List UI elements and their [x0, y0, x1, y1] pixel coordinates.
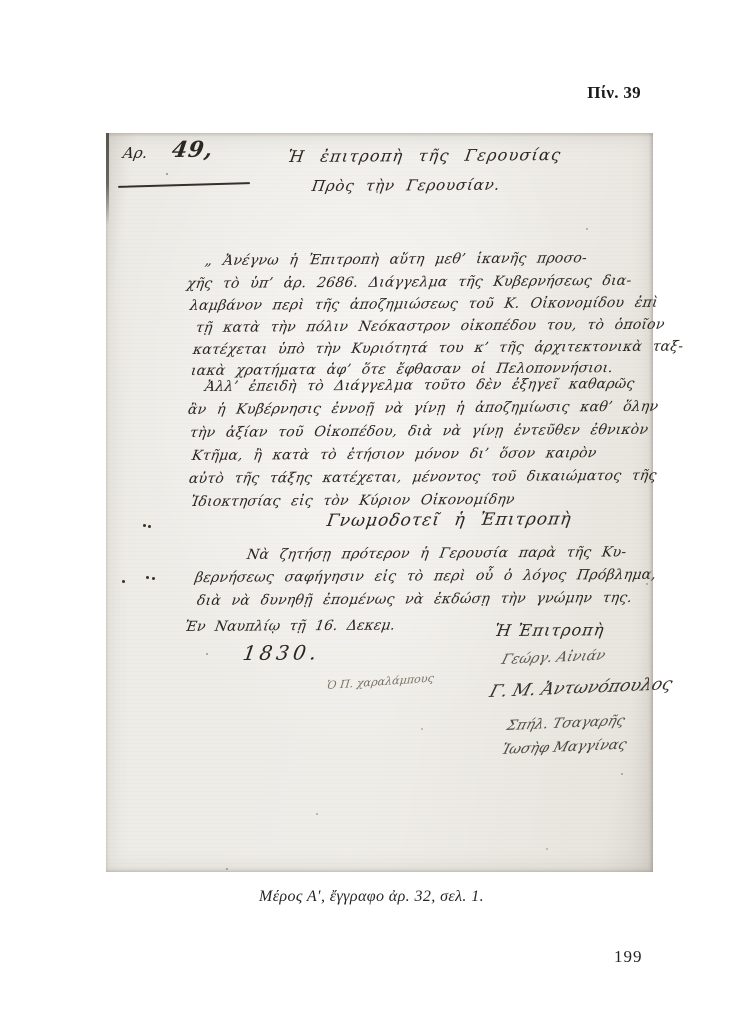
page-number: 199 [614, 947, 643, 967]
figure-caption: Μέρος Α′, ἔγγραφο ἀρ. 32, σελ. 1. [0, 888, 743, 906]
manuscript-line: τὴν ἀξίαν τοῦ Οἰκοπέδου, διὰ νὰ γίνῃ ἐντ… [189, 422, 650, 441]
book-page: Πίν. 39 Αρ. 49, Ἡ ἐπιτροπὴ τῆς Γερουσίας… [0, 0, 743, 1027]
signature: Γεώργ. Αἰνιάν [500, 648, 608, 668]
signature: Γ. Μ. Ἀντωνόπουλος [487, 674, 675, 702]
doc-number-value: 49, [170, 137, 215, 163]
manuscript-line: βερνήσεως σαφήγησιν εἰς τὸ περὶ οὗ ὁ λόγ… [194, 567, 657, 586]
manuscript-line: κατέχεται ὑπὸ τὴν Κυριότητά του κ’ τῆς ἀ… [192, 339, 685, 358]
manuscript-line: ἂν ἡ Κυβέρνησις ἐννοῇ νὰ γίνῃ ἡ ἀποζημίω… [187, 399, 660, 418]
manuscript-line: χῆς τὸ ὑπ’ ἀρ. 2686. Διάγγελμα τῆς Κυβερ… [186, 273, 633, 292]
signature: Ἰωσὴφ Μαγγίνας [500, 737, 629, 758]
manuscript-line: αὐτὸ τῆς τάξης κατέχεται, μένοντος τοῦ δ… [188, 468, 658, 487]
doc-number-label: Αρ. [122, 144, 149, 162]
manuscript-line: Νὰ ζητήσῃ πρότερον ἡ Γερουσία παρὰ τῆς Κ… [246, 544, 628, 563]
ink-dot [146, 576, 149, 579]
manuscript-photo: Αρ. 49, Ἡ ἐπιτροπὴ τῆς Γερουσίας Πρὸς τὴ… [106, 133, 653, 872]
plate-label: Πίν. 39 [0, 83, 641, 103]
signature-block-title: Ἡ Ἐπιτροπὴ [494, 620, 606, 640]
paper-speckles [166, 173, 168, 175]
scan-edge-shadow [106, 133, 109, 225]
manuscript-line: Κτῆμα, ἢ κατὰ τὸ ἐτήσιον μόνον δι’ ὅσον … [191, 445, 598, 464]
ink-dot [148, 525, 151, 528]
manuscript-title-line1: Ἡ ἐπιτροπὴ τῆς Γερουσίας [287, 145, 563, 166]
manuscript-title-line2: Πρὸς τὴν Γερουσίαν. [311, 176, 502, 195]
manuscript-line: τῇ κατὰ τὴν πόλιν Νεόκαστρον οἰκοπέδου τ… [195, 317, 666, 336]
manuscript-line: Ἀλλ’ ἐπειδὴ τὸ Διάγγελμα τοῦτο δὲν ἐξηγε… [204, 376, 636, 395]
manuscript-line: λαμβάνον περὶ τῆς ἀποζημιώσεως τοῦ Κ. Οἰ… [189, 295, 659, 314]
manuscript-line: Ἰδιοκτησίας εἰς τὸν Κύριον Οἰκονομίδην [190, 492, 516, 510]
manuscript-line: „ Ἀνέγνω ἡ Ἐπιτροπὴ αὕτη μεθ’ ἱκανῆς προ… [204, 250, 588, 269]
clerk-note: Ὁ Π. χαραλάμπους [326, 672, 434, 692]
opinion-heading: Γνωμοδοτεῖ ἡ Ἐπιτροπὴ [325, 509, 573, 531]
dateline-place: Ἐν Ναυπλίῳ τῇ 16. Δεκεμ. [184, 618, 396, 635]
dateline-year: 1830. [241, 640, 322, 665]
ink-dot [152, 577, 155, 580]
signature: Σπήλ. Τσαγαρῆς [505, 713, 627, 734]
ink-dot [143, 524, 146, 527]
manuscript-line: διὰ νὰ δυνηθῇ ἐπομένως νὰ ἐκδώσῃ τὴν γνώ… [196, 590, 633, 609]
ink-dot [122, 580, 125, 583]
doc-number-underline [118, 182, 250, 187]
